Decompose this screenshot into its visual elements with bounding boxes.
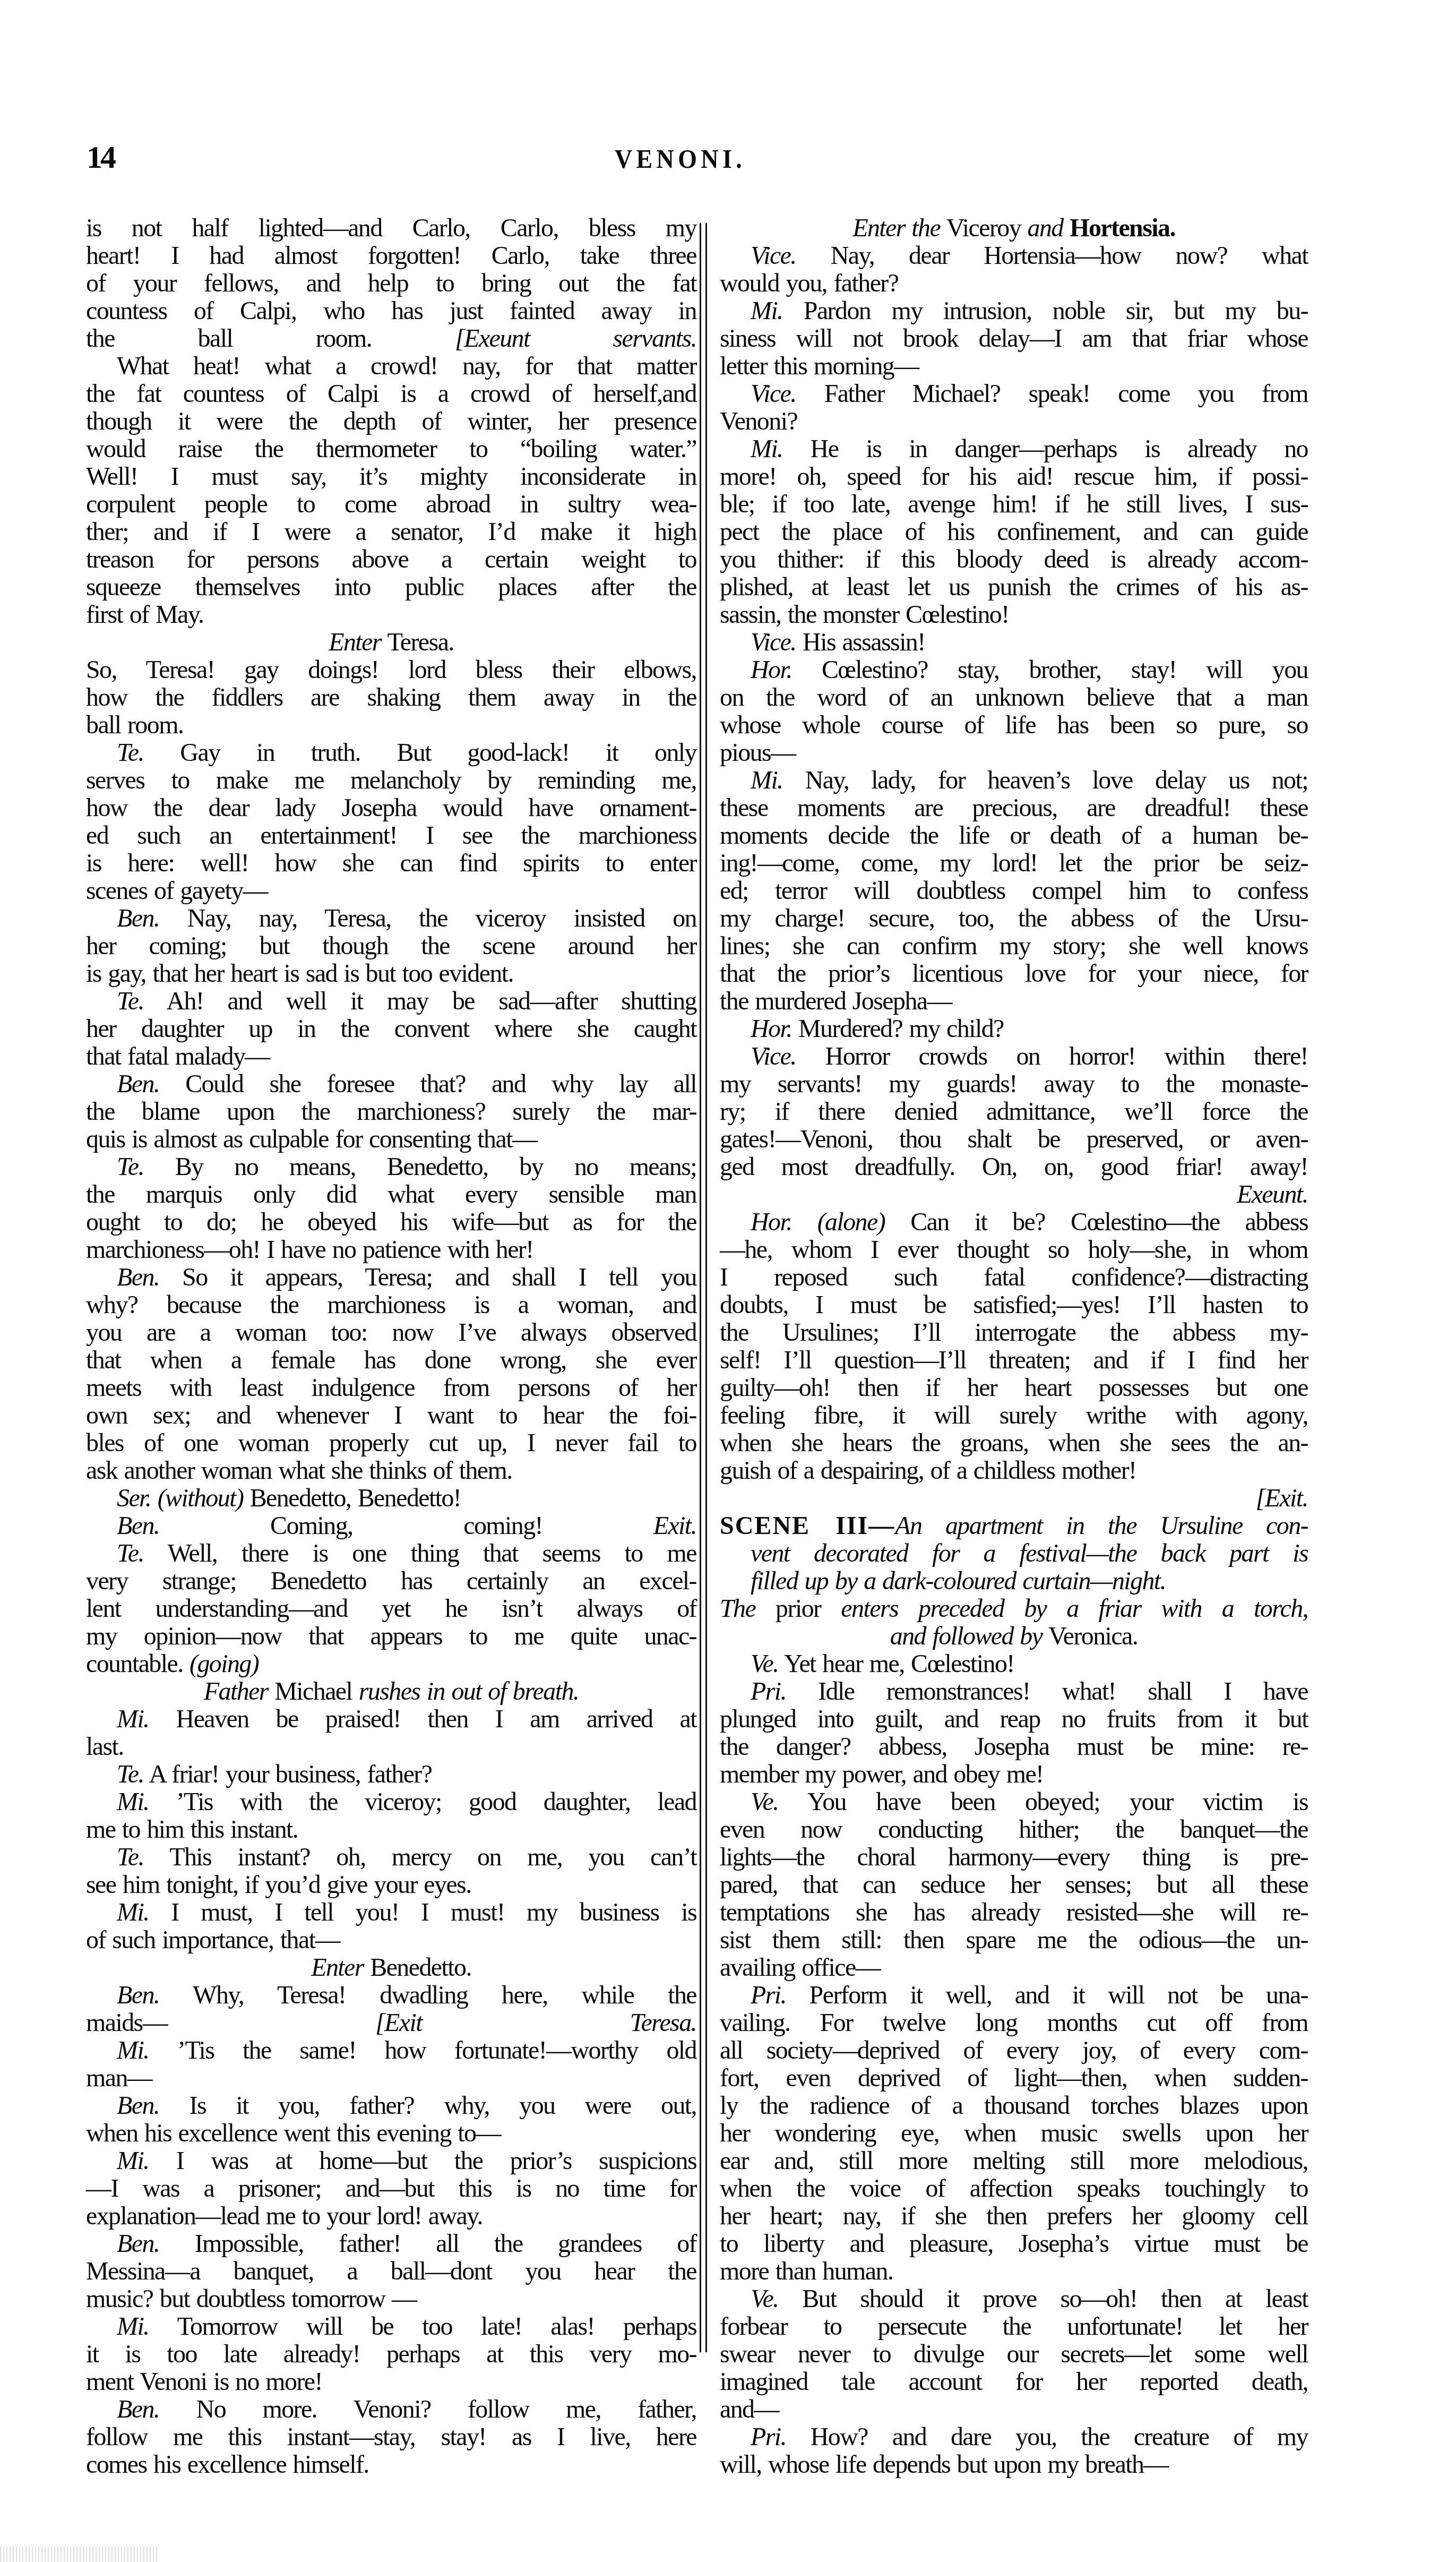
dialogue-text: ther; and if I were a senator, I’d make … xyxy=(86,518,696,546)
text-line: scenes of gayety— xyxy=(86,876,696,904)
dialogue-text: these moments are precious, are dreadful… xyxy=(720,794,1308,822)
text-line: I reposed such fatal confidence?—distrac… xyxy=(720,1263,1308,1290)
dialogue-text: feeling fibre, it will surely writhe wit… xyxy=(720,1401,1308,1429)
dialogue-text: maids— xyxy=(86,2009,167,2037)
dialogue-text: when she hears the groans, when she sees… xyxy=(720,1429,1308,1457)
text-line: me to him this instant. xyxy=(86,1815,696,1843)
text-line: the danger? abbess, Josepha must be mine… xyxy=(720,1732,1308,1760)
text-line: ear and, still more melting still more m… xyxy=(720,2146,1308,2174)
text-line: letter this morning— xyxy=(720,352,1308,379)
text-line: forbear to persecute the unfortunate! le… xyxy=(720,2312,1308,2340)
stage-direction: rushes in out of breath. xyxy=(359,1677,579,1706)
dialogue-text: will, whose life depends but upon my bre… xyxy=(720,2450,1168,2479)
speaker-label: Te. xyxy=(117,1153,144,1181)
text-line: Mi. I was at home—but the prior’s suspic… xyxy=(86,2146,696,2174)
dialogue-text: Ah! and well it may be sad—after shuttin… xyxy=(144,987,696,1015)
text-line: plunged into guilt, and reap no fruits f… xyxy=(720,1704,1308,1732)
text-line: fort, even deprived of light—then, when … xyxy=(720,2063,1308,2091)
dialogue-text: Why, Teresa! dwadling here, while the xyxy=(159,1981,696,2009)
text-line: when his excellence went this evening to… xyxy=(86,2119,696,2146)
dialogue-text: But should it prove so—oh! then at least xyxy=(779,2285,1308,2313)
dialogue-text: you thither: if this bloody deed is alre… xyxy=(720,545,1308,573)
dialogue-text: This instant? oh, mercy on me, you can’t xyxy=(144,1843,696,1871)
dialogue-text: siness will not brook delay—I am that fr… xyxy=(720,324,1308,353)
text-line: imagined tale account for her reported d… xyxy=(720,2367,1308,2395)
stage-direction: An apartment in the Ursuline con- xyxy=(895,1512,1308,1540)
dialogue-text: that when a female has done wrong, she e… xyxy=(86,1346,696,1374)
speaker-label: Mi. xyxy=(117,2312,149,2341)
speaker-label: Vice. xyxy=(751,1042,796,1070)
stage-direction: Father xyxy=(204,1677,268,1706)
speaker-label: Ben. xyxy=(117,1981,159,2009)
stage-aside: (going) xyxy=(189,1650,259,1678)
text-line: Hor. (alone) Can it be? Cœlestino—the ab… xyxy=(720,1207,1308,1235)
dialogue-text: Venoni? xyxy=(720,407,797,435)
exit-direction: [Exeunt servants. xyxy=(455,324,696,353)
text-line: Mi. ’Tis the same! how fortunate!—worthy… xyxy=(86,2036,696,2063)
text-line: Vice. Father Michael? speak! come you fr… xyxy=(720,379,1308,407)
dialogue-text: is gay, that her heart is sad is but too… xyxy=(86,959,513,988)
text-line: even now conducting hither; the banquet—… xyxy=(720,1815,1308,1843)
text-line: Ben. Is it you, father? why, you were ou… xyxy=(86,2091,696,2119)
dialogue-text: Father Michael? speak! come you from xyxy=(796,380,1308,408)
text-line: when she hears the groans, when she sees… xyxy=(720,1428,1308,1456)
speaker-label: Mi. xyxy=(117,1898,149,1926)
dialogue-text: first of May. xyxy=(86,601,203,629)
text-line: filled up by a dark-coloured curtain—nig… xyxy=(720,1566,1308,1594)
text-line: why? because the marchioness is a woman,… xyxy=(86,1290,696,1318)
speaker-label: Ben. xyxy=(117,2230,159,2258)
dialogue-text: when his excellence went this evening to… xyxy=(86,2119,501,2147)
dialogue-text: —I was a prisoner; and—but this is no ti… xyxy=(86,2174,696,2203)
text-line: Vice. His assassin! xyxy=(720,628,1308,655)
text-line: doubts, I must be satisfied;—yes! I’ll h… xyxy=(720,1290,1308,1318)
text-line: see him tonight, if you’d give your eyes… xyxy=(86,1870,696,1898)
text-line: more than human. xyxy=(720,2257,1308,2284)
dialogue-text: Teresa. xyxy=(381,628,454,656)
text-line: corpulent people to come abroad in sultr… xyxy=(86,490,696,517)
dialogue-text: my opinion—now that appears to me quite … xyxy=(86,1622,696,1650)
text-line: Mi. ’Tis with the viceroy; good daughter… xyxy=(86,1787,696,1815)
text-line: ed such an entertainment! I see the marc… xyxy=(86,821,696,849)
text-line: it is too late already! perhaps at this … xyxy=(86,2340,696,2367)
speaker-label: Pri. xyxy=(751,1677,786,1706)
stage-direction: enters preceded by a friar with a torch, xyxy=(841,1595,1308,1623)
speaker-label: Vice. xyxy=(751,628,796,656)
dialogue-text: would you, father? xyxy=(720,269,898,297)
dialogue-text: comes his excellence himself. xyxy=(86,2450,369,2479)
dialogue-text: is not half lighted—and Carlo, Carlo, bl… xyxy=(86,214,696,242)
dialogue-text: when the voice of affection speaks touch… xyxy=(720,2174,1308,2203)
text-line: Te. A friar! your business, father? xyxy=(86,1760,696,1787)
dialogue-text: Tomorrow will be too late! alas! perhaps xyxy=(149,2312,696,2341)
dialogue-text: her coming; but though the scene around … xyxy=(86,932,696,960)
text-line: Ben. Why, Teresa! dwadling here, while t… xyxy=(86,1981,696,2008)
text-line: would you, father? xyxy=(720,269,1308,296)
dialogue-text: Coming, coming! xyxy=(159,1512,542,1540)
dialogue-text: my servants! my guards! away to the mona… xyxy=(720,1070,1308,1098)
text-line: music? but doubtless tomorrow — xyxy=(86,2284,696,2312)
text-line: comes his excellence himself. xyxy=(86,2450,696,2478)
dialogue-text: the fat countess of Calpi is a crowd of … xyxy=(86,380,696,408)
dialogue-text: more than human. xyxy=(720,2257,893,2285)
dialogue-text: heart! I had almost forgotten! Carlo, ta… xyxy=(86,242,696,270)
text-line: meets with least indulgence from persons… xyxy=(86,1373,696,1401)
dialogue-text: Cœlestino? stay, brother, stay! will you xyxy=(792,656,1308,684)
dialogue-text: ble; if too late, avenge him! if he stil… xyxy=(720,490,1308,518)
exit-direction: Exit. xyxy=(653,1512,696,1540)
text-line: pared, that can seduce her senses; but a… xyxy=(720,1870,1308,1898)
dialogue-text: own sex; and whenever I want to hear the… xyxy=(86,1401,696,1429)
dialogue-text: ing!—come, come, my lord! let the prior … xyxy=(720,849,1308,877)
dialogue-text: the murdered Josepha— xyxy=(720,987,952,1015)
dialogue-text: doubts, I must be satisfied;—yes! I’ll h… xyxy=(720,1291,1308,1319)
text-line: Hor. Murdered? my child? xyxy=(720,1014,1308,1042)
text-line: ble; if too late, avenge him! if he stil… xyxy=(720,490,1308,517)
text-line: Mi. He is in danger—perhaps is already n… xyxy=(720,434,1308,462)
text-line: Well! I must say, it’s mighty inconsider… xyxy=(86,462,696,490)
dialogue-text: How? and dare you, the creature of my xyxy=(786,2423,1308,2451)
text-line: availing office— xyxy=(720,1953,1308,1981)
text-line: moments decide the life or death of a hu… xyxy=(720,821,1308,849)
dialogue-text: ought to do; he obeyed his wife—but as f… xyxy=(86,1208,696,1236)
dialogue-text: sassin, the monster Cœlestino! xyxy=(720,601,1009,629)
dialogue-text: availing office— xyxy=(720,1953,880,1982)
dialogue-text: treason for persons above a certain weig… xyxy=(86,545,696,573)
dialogue-text: Yet hear me, Cœlestino! xyxy=(779,1650,1014,1678)
text-line: Mi. I must, I tell you! I must! my busin… xyxy=(86,1898,696,1925)
text-line: my opinion—now that appears to me quite … xyxy=(86,1622,696,1649)
dialogue-text: Can it be? Cœlestino—the abbess xyxy=(885,1208,1308,1236)
dialogue-text: plished, at least let us punish the crim… xyxy=(720,573,1308,601)
text-line: her wondering eye, when music swells upo… xyxy=(720,2119,1308,2146)
text-line: Ve. But should it prove so—oh! then at l… xyxy=(720,2284,1308,2312)
text-line: all society—deprived of every joy, of ev… xyxy=(720,2036,1308,2063)
text-line: quis is almost as culpable for consentin… xyxy=(86,1125,696,1152)
dialogue-text: lines; she can confirm my story; she wel… xyxy=(720,932,1308,960)
dialogue-text: explanation—lead me to your lord! away. xyxy=(86,2202,483,2230)
dialogue-text: His assassin! xyxy=(796,628,925,656)
text-line: SCENE III—An apartment in the Ursuline c… xyxy=(720,1511,1308,1539)
dialogue-text: ear and, still more melting still more m… xyxy=(720,2147,1308,2175)
text-line: when the voice of affection speaks touch… xyxy=(720,2174,1308,2201)
dialogue-text: A friar! your business, father? xyxy=(144,1760,432,1788)
dialogue-text: you are a woman too: now I’ve always obs… xyxy=(86,1318,696,1347)
text-line: pect the place of his confinement, and c… xyxy=(720,517,1308,545)
dialogue-text: me to him this instant. xyxy=(86,1815,298,1844)
dialogue-text: ged most dreadfully. On, on, good friar!… xyxy=(720,1153,1308,1181)
dialogue-text: Heaven be praised! then I am arrived at xyxy=(149,1705,696,1733)
dialogue-text: Nay, nay, Teresa, the viceroy insisted o… xyxy=(159,904,696,932)
dialogue-text: more! oh, speed for his aid! rescue him,… xyxy=(720,462,1308,491)
text-line: on the word of an unknown believe that a… xyxy=(720,683,1308,710)
dialogue-text: What heat! what a crowd! nay, for that m… xyxy=(117,352,696,380)
dialogue-text: Nay, lady, for heaven’s love delay us no… xyxy=(783,766,1308,794)
text-line: the murdered Josepha— xyxy=(720,987,1308,1014)
dialogue-text: bles of one woman properly cut up, I nev… xyxy=(86,1429,696,1457)
dialogue-text: swear never to divulge our secrets—let s… xyxy=(720,2340,1308,2368)
speaker-label: Ben. xyxy=(117,1263,159,1291)
dialogue-text: Murdered? my child? xyxy=(792,1015,1004,1043)
dialogue-text: Veronica. xyxy=(1042,1622,1138,1650)
dialogue-text: countable. xyxy=(86,1650,183,1678)
speaker-label: Hor. xyxy=(751,1015,792,1043)
dialogue-text: prior xyxy=(755,1595,841,1623)
speaker-label: Ve. xyxy=(751,1788,779,1816)
dialogue-text: ment Venoni is no more! xyxy=(86,2368,322,2396)
speaker-label: Te. xyxy=(117,1843,144,1871)
text-line: Ve. Yet hear me, Cœlestino! xyxy=(720,1649,1308,1677)
dialogue-text: forbear to persecute the unfortunate! le… xyxy=(720,2312,1308,2341)
speaker-label: Ben. xyxy=(117,904,159,932)
dialogue-text: the danger? abbess, Josepha must be mine… xyxy=(720,1733,1308,1761)
text-line: sassin, the monster Cœlestino! xyxy=(720,600,1308,628)
dialogue-text: follow me this instant—stay, stay! as I … xyxy=(86,2423,696,2451)
text-line: her daughter up in the convent where she… xyxy=(86,1014,696,1042)
dialogue-text: fort, even deprived of light—then, when … xyxy=(720,2064,1308,2092)
text-line: heart! I had almost forgotten! Carlo, ta… xyxy=(86,241,696,269)
text-line: of your fellows, and help to bring out t… xyxy=(86,269,696,296)
speaker-label: Te. xyxy=(117,987,144,1015)
dialogue-text: Impossible, father! all the grandees of xyxy=(159,2230,696,2258)
text-line: [Exit. xyxy=(720,1484,1308,1511)
speaker-label: Mi. xyxy=(751,435,783,463)
text-line: maids— [Exit Teresa. xyxy=(86,2008,696,2036)
text-line: Ben. No more. Venoni? follow me, father, xyxy=(86,2395,696,2422)
text-line: Ben. Impossible, father! all the grandee… xyxy=(86,2229,696,2257)
text-line: Messina—a banquet, a ball—dont you hear … xyxy=(86,2257,696,2284)
dialogue-text: Nay, dear Hortensia—how now? what xyxy=(796,242,1308,270)
dialogue-text: Viceroy xyxy=(940,214,1027,242)
right-column: Enter the Viceroy and Hortensia.Vice. Na… xyxy=(720,213,1308,2478)
text-line: guish of a despairing, of a childless mo… xyxy=(720,1456,1308,1484)
dialogue-text: Michael xyxy=(268,1677,359,1706)
stage-direction: Enter xyxy=(329,628,381,656)
dialogue-text: of your fellows, and help to bring out t… xyxy=(86,269,696,297)
dialogue-text: Idle remonstrances! what! shall I have xyxy=(786,1677,1308,1706)
text-line: Te. Well, there is one thing that seems … xyxy=(86,1539,696,1566)
text-line: and followed by Veronica. xyxy=(720,1622,1308,1649)
text-line: sist them still: then spare me the odiou… xyxy=(720,1925,1308,1953)
dialogue-text: pared, that can seduce her senses; but a… xyxy=(720,1871,1308,1899)
stage-direction: Enter xyxy=(311,1953,364,1982)
dialogue-text: that the prior’s licentious love for you… xyxy=(720,959,1308,988)
speaker-label: Ben. xyxy=(117,2395,159,2423)
stage-direction: and xyxy=(1028,214,1063,242)
speaker-label: Vice. xyxy=(751,242,796,270)
text-line: Pri. How? and dare you, the creature of … xyxy=(720,2422,1308,2450)
text-line: Ser. (without) Benedetto, Benedetto! xyxy=(86,1484,696,1511)
text-line: Exeunt. xyxy=(720,1180,1308,1207)
dialogue-text: I reposed such fatal confidence?—distrac… xyxy=(720,1263,1308,1291)
dialogue-text: the blame upon the marchioness? surely t… xyxy=(86,1098,696,1126)
dialogue-text: how the dear lady Josepha would have orn… xyxy=(86,794,696,822)
speaker-label: Te. xyxy=(117,739,144,767)
speaker-label: Ben. xyxy=(117,1070,159,1098)
text-line: my servants! my guards! away to the mona… xyxy=(720,1069,1308,1097)
dialogue-text: ry; if there denied admittance, we’ll fo… xyxy=(720,1098,1308,1126)
dialogue-text: moments decide the life or death of a hu… xyxy=(720,821,1308,850)
text-line: marchioness—oh! I have no patience with … xyxy=(86,1235,696,1263)
running-title: VENONI. xyxy=(615,143,746,174)
text-line: treason for persons above a certain weig… xyxy=(86,545,696,572)
dialogue-text: Benedetto, Benedetto! xyxy=(243,1484,461,1512)
text-line: swear never to divulge our secrets—let s… xyxy=(720,2340,1308,2367)
dialogue-text: Messina—a banquet, a ball—dont you hear … xyxy=(86,2257,696,2285)
dialogue-text: Perform it well, and it will not be una- xyxy=(786,1981,1308,2009)
text-line: Ben. Nay, nay, Teresa, the viceroy insis… xyxy=(86,904,696,931)
text-line: man— xyxy=(86,2063,696,2091)
text-line: lent understanding—and yet he isn’t alwa… xyxy=(86,1594,696,1622)
text-line: Te. Gay in truth. But good-lack! it only xyxy=(86,738,696,766)
text-line: will, whose life depends but upon my bre… xyxy=(720,2450,1308,2478)
speaker-label: Mi. xyxy=(751,766,783,794)
dialogue-text: By no means, Benedetto, by no means; xyxy=(144,1153,696,1181)
dialogue-text: member my power, and obey me! xyxy=(720,1760,1043,1788)
dialogue-text: Benedetto. xyxy=(364,1953,471,1982)
exit-direction: Exeunt. xyxy=(1237,1180,1308,1209)
text-line: lines; she can confirm my story; she wel… xyxy=(720,931,1308,959)
text-line: these moments are precious, are dreadful… xyxy=(720,793,1308,821)
dialogue-text: man— xyxy=(86,2064,152,2092)
dialogue-text: even now conducting hither; the banquet—… xyxy=(720,1815,1308,1844)
speaker-label: Mi. xyxy=(117,1705,149,1733)
dialogue-text: Could she foresee that? and why lay all xyxy=(159,1070,696,1098)
text-line: that when a female has done wrong, she e… xyxy=(86,1346,696,1373)
speaker-label: Mi. xyxy=(117,2036,149,2064)
dialogue-text: her daughter up in the convent where she… xyxy=(86,1015,696,1043)
text-line: So, Teresa! gay doings! lord bless their… xyxy=(86,655,696,683)
text-line: feeling fibre, it will surely writhe wit… xyxy=(720,1401,1308,1428)
scene-heading: SCENE III— xyxy=(720,1512,895,1540)
text-line: Pri. Perform it well, and it will not be… xyxy=(720,1981,1308,2008)
text-line: that the prior’s licentious love for you… xyxy=(720,959,1308,987)
dialogue-text: temptations she has already resisted—she… xyxy=(720,1898,1308,1926)
stage-direction: Enter the xyxy=(852,214,940,242)
speaker-label: Vice. xyxy=(751,380,796,408)
text-line: more! oh, speed for his aid! rescue him,… xyxy=(720,462,1308,490)
text-line: Te. Ah! and well it may be sad—after shu… xyxy=(86,987,696,1014)
dialogue-text: gates!—Venoni, thou shalt be preserved, … xyxy=(720,1125,1308,1153)
text-line: Enter the Viceroy and Hortensia. xyxy=(720,213,1308,241)
text-line: vailing. For twelve long months cut off … xyxy=(720,2008,1308,2036)
text-line: the ball room. [Exeunt servants. xyxy=(86,324,696,352)
speaker-label: Ve. xyxy=(751,1650,779,1678)
dialogue-text: sist them still: then spare me the odiou… xyxy=(720,1926,1308,1954)
dialogue-text: Well, there is one thing that seems to m… xyxy=(144,1539,696,1567)
text-line: ment Venoni is no more! xyxy=(86,2367,696,2395)
stage-direction: filled up by a dark-coloured curtain—nig… xyxy=(751,1567,1166,1595)
page-number: 14 xyxy=(87,139,114,176)
text-line: first of May. xyxy=(86,600,696,628)
text-line: my charge! secure, too, the abbess of th… xyxy=(720,904,1308,931)
dialogue-text: why? because the marchioness is a woman,… xyxy=(86,1291,696,1319)
dialogue-text: ed such an entertainment! I see the marc… xyxy=(86,821,696,850)
dialogue-text: No more. Venoni? follow me, father, xyxy=(159,2395,696,2423)
dialogue-text: Pardon my intrusion, noble sir, but my b… xyxy=(783,297,1308,325)
exit-direction: [Exit Teresa. xyxy=(375,2009,696,2037)
dialogue-text: —he, whom I ever thought so holy—she, in… xyxy=(720,1236,1308,1264)
dialogue-text: ask another woman what she thinks of the… xyxy=(86,1456,512,1485)
text-line: siness will not brook delay—I am that fr… xyxy=(720,324,1308,352)
dialogue-text: I must, I tell you! I must! my business … xyxy=(149,1898,696,1926)
text-line: ged most dreadfully. On, on, good friar!… xyxy=(720,1152,1308,1180)
dialogue-text: last. xyxy=(86,1733,124,1761)
speaker-label: Ser. xyxy=(117,1484,151,1512)
left-column: is not half lighted—and Carlo, Carlo, bl… xyxy=(86,213,696,2478)
text-line: explanation—lead me to your lord! away. xyxy=(86,2201,696,2229)
dialogue-text: see him tonight, if you’d give your eyes… xyxy=(86,1871,471,1899)
speaker-label: Te. xyxy=(117,1760,144,1788)
text-line: Ben. So it appears, Teresa; and shall I … xyxy=(86,1263,696,1290)
dialogue-text: Horror crowds on horror! within there! xyxy=(796,1042,1308,1070)
text-line: last. xyxy=(86,1732,696,1760)
speaker-label: Mi. xyxy=(751,297,783,325)
text-line: Father Michael rushes in out of breath. xyxy=(86,1677,696,1704)
speaker-label: Ben. xyxy=(117,2092,159,2120)
text-line: —he, whom I ever thought so holy—she, in… xyxy=(720,1235,1308,1263)
text-line: bles of one woman properly cut up, I nev… xyxy=(86,1428,696,1456)
dialogue-text: guilty—oh! then if her heart possesses b… xyxy=(720,1374,1308,1402)
dialogue-text: Gay in truth. But good-lack! it only xyxy=(144,739,696,767)
text-line: is not half lighted—and Carlo, Carlo, bl… xyxy=(86,213,696,241)
dialogue-text: squeeze themselves into public places af… xyxy=(86,573,696,601)
scan-artifact xyxy=(0,2546,159,2562)
text-line: Vice. Horror crowds on horror! within th… xyxy=(720,1042,1308,1069)
dialogue-text: letter this morning— xyxy=(720,352,919,380)
text-line: how the dear lady Josepha would have orn… xyxy=(86,793,696,821)
text-line: Enter Teresa. xyxy=(86,628,696,655)
text-line: Mi. Nay, lady, for heaven’s love delay u… xyxy=(720,766,1308,793)
stage-aside: (alone) xyxy=(817,1208,885,1236)
dialogue-text: You have been obeyed; your victim is xyxy=(779,1788,1308,1816)
text-line: that fatal malady— xyxy=(86,1042,696,1069)
text-line: ly the radience of a thousand torches bl… xyxy=(720,2091,1308,2119)
text-line: the marquis only did what every sensible… xyxy=(86,1180,696,1207)
text-line: temptations she has already resisted—she… xyxy=(720,1898,1308,1925)
dialogue-text: lent understanding—and yet he isn’t alwa… xyxy=(86,1595,696,1623)
text-line: her coming; but though the scene around … xyxy=(86,931,696,959)
text-line: you thither: if this bloody deed is alre… xyxy=(720,545,1308,572)
text-line: ry; if there denied admittance, we’ll fo… xyxy=(720,1097,1308,1125)
text-line: ask another woman what she thinks of the… xyxy=(86,1456,696,1484)
text-line: whose whole course of life has been so p… xyxy=(720,710,1308,738)
dialogue-text: her wondering eye, when music swells upo… xyxy=(720,2119,1308,2147)
text-line: Ben. Could she foresee that? and why lay… xyxy=(86,1069,696,1097)
text-line: Venoni? xyxy=(720,407,1308,434)
dialogue-text: my charge! secure, too, the abbess of th… xyxy=(720,904,1308,932)
text-line: gates!—Venoni, thou shalt be preserved, … xyxy=(720,1125,1308,1152)
speaker-label: Hor. xyxy=(751,656,792,684)
text-line: of such importance, that— xyxy=(86,1925,696,1953)
dialogue-text: how the fiddlers are shaking them away i… xyxy=(86,683,696,712)
dialogue-text: guish of a despairing, of a childless mo… xyxy=(720,1456,1136,1485)
dialogue-text: So it appears, Teresa; and shall I tell … xyxy=(159,1263,696,1291)
dialogue-text: though it were the depth of winter, her … xyxy=(86,407,696,435)
dialogue-text: ball room. xyxy=(86,711,183,739)
stage-direction: and followed by xyxy=(890,1622,1043,1650)
text-line: Vice. Nay, dear Hortensia—how now? what xyxy=(720,241,1308,269)
dialogue-text: very strange; Benedetto has certainly an… xyxy=(86,1567,696,1595)
dialogue-text: plunged into guilt, and reap no fruits f… xyxy=(720,1705,1308,1733)
speaker-label: Pri. xyxy=(751,1981,786,2009)
text-line: ing!—come, come, my lord! let the prior … xyxy=(720,849,1308,876)
dialogue-text: ’Tis the same! how fortunate!—worthy old xyxy=(149,2036,696,2064)
dialogue-text: the Ursulines; I’ll interrogate the abbe… xyxy=(720,1318,1308,1347)
dialogue-text: the marquis only did what every sensible… xyxy=(86,1180,696,1209)
exit-direction: [Exit. xyxy=(1256,1484,1308,1512)
text-line: to liberty and pleasure, Josepha’s virtu… xyxy=(720,2229,1308,2257)
